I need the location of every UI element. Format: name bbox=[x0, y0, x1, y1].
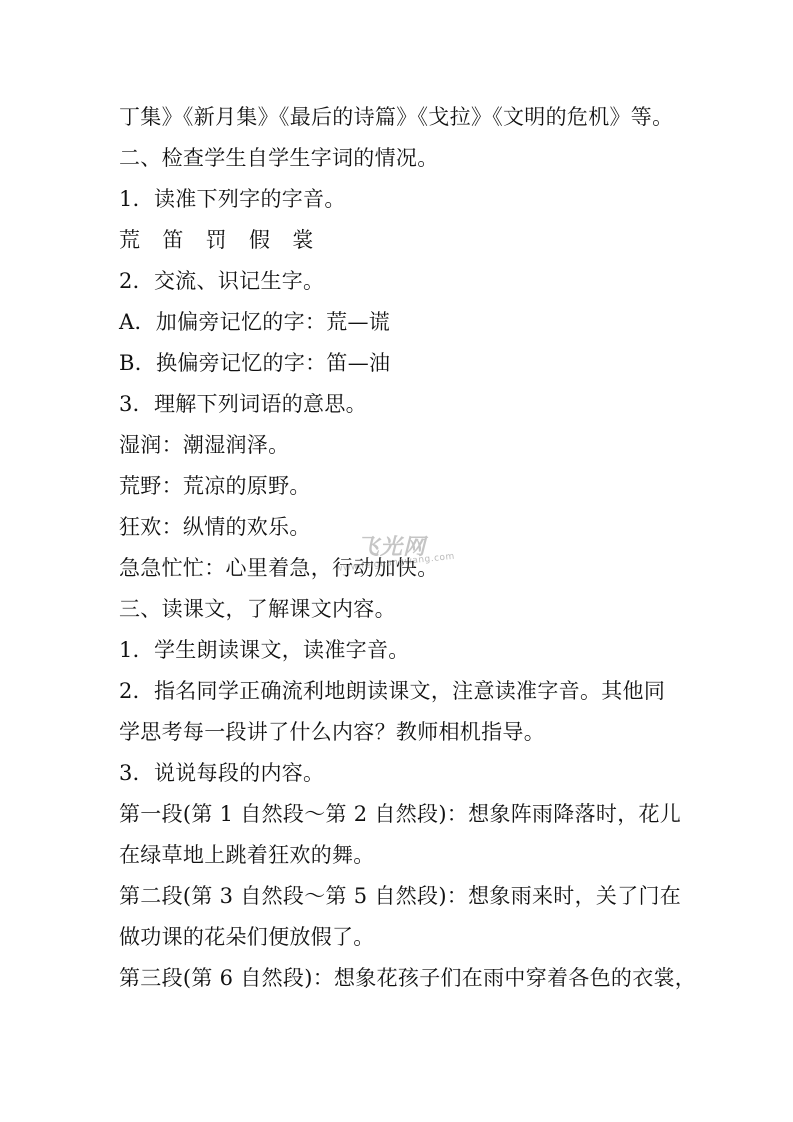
text-line: 在绿草地上跳着狂欢的舞。 bbox=[119, 835, 679, 876]
section-heading: 二、检查学生自学生字词的情况。 bbox=[119, 138, 679, 179]
text-line: 丁集》《新月集》《最后的诗篇》《戈拉》《文明的危机》等。 bbox=[119, 97, 679, 138]
character: 荒 bbox=[119, 220, 140, 261]
text-line: 急急忙忙：心里着急，行动加快。 bbox=[119, 548, 679, 589]
text-line: 做功课的花朵们便放假了。 bbox=[119, 917, 679, 958]
text-line: 第三段(第 6 自然段)：想象花孩子们在雨中穿着各色的衣裳， bbox=[119, 958, 679, 999]
text-line: B．换偏旁记忆的字：笛—油 bbox=[119, 343, 679, 384]
text-line: 1．读准下列字的字音。 bbox=[119, 179, 679, 220]
text-line: 学思考每一段讲了什么内容？教师相机指导。 bbox=[119, 712, 679, 753]
character-list: 荒笛罚假裳 bbox=[119, 220, 679, 261]
text-line: 2．交流、识记生字。 bbox=[119, 261, 679, 302]
text-line: 1．学生朗读课文，读准字音。 bbox=[119, 630, 679, 671]
text-line: 第二段(第 3 自然段～第 5 自然段)：想象雨来时，关了门在 bbox=[119, 876, 679, 917]
text-line: 3．说说每段的内容。 bbox=[119, 753, 679, 794]
character: 罚 bbox=[206, 220, 227, 261]
text-line: 2．指名同学正确流利地朗读课文，注意读准字音。其他同 bbox=[119, 671, 679, 712]
text-line: 狂欢：纵情的欢乐。 bbox=[119, 507, 679, 548]
character: 笛 bbox=[162, 220, 183, 261]
text-line: 湿润：潮湿润泽。 bbox=[119, 425, 679, 466]
text-line: 第一段(第 1 自然段～第 2 自然段)：想象阵雨降落时，花儿 bbox=[119, 794, 679, 835]
document-page: 丁集》《新月集》《最后的诗篇》《戈拉》《文明的危机》等。 二、检查学生自学生字词… bbox=[119, 97, 679, 999]
character: 假 bbox=[249, 220, 270, 261]
character: 裳 bbox=[292, 220, 313, 261]
text-line: 荒野：荒凉的原野。 bbox=[119, 466, 679, 507]
text-line: 3．理解下列词语的意思。 bbox=[119, 384, 679, 425]
section-heading: 三、读课文，了解课文内容。 bbox=[119, 589, 679, 630]
text-line: A．加偏旁记忆的字：荒—谎 bbox=[119, 302, 679, 343]
